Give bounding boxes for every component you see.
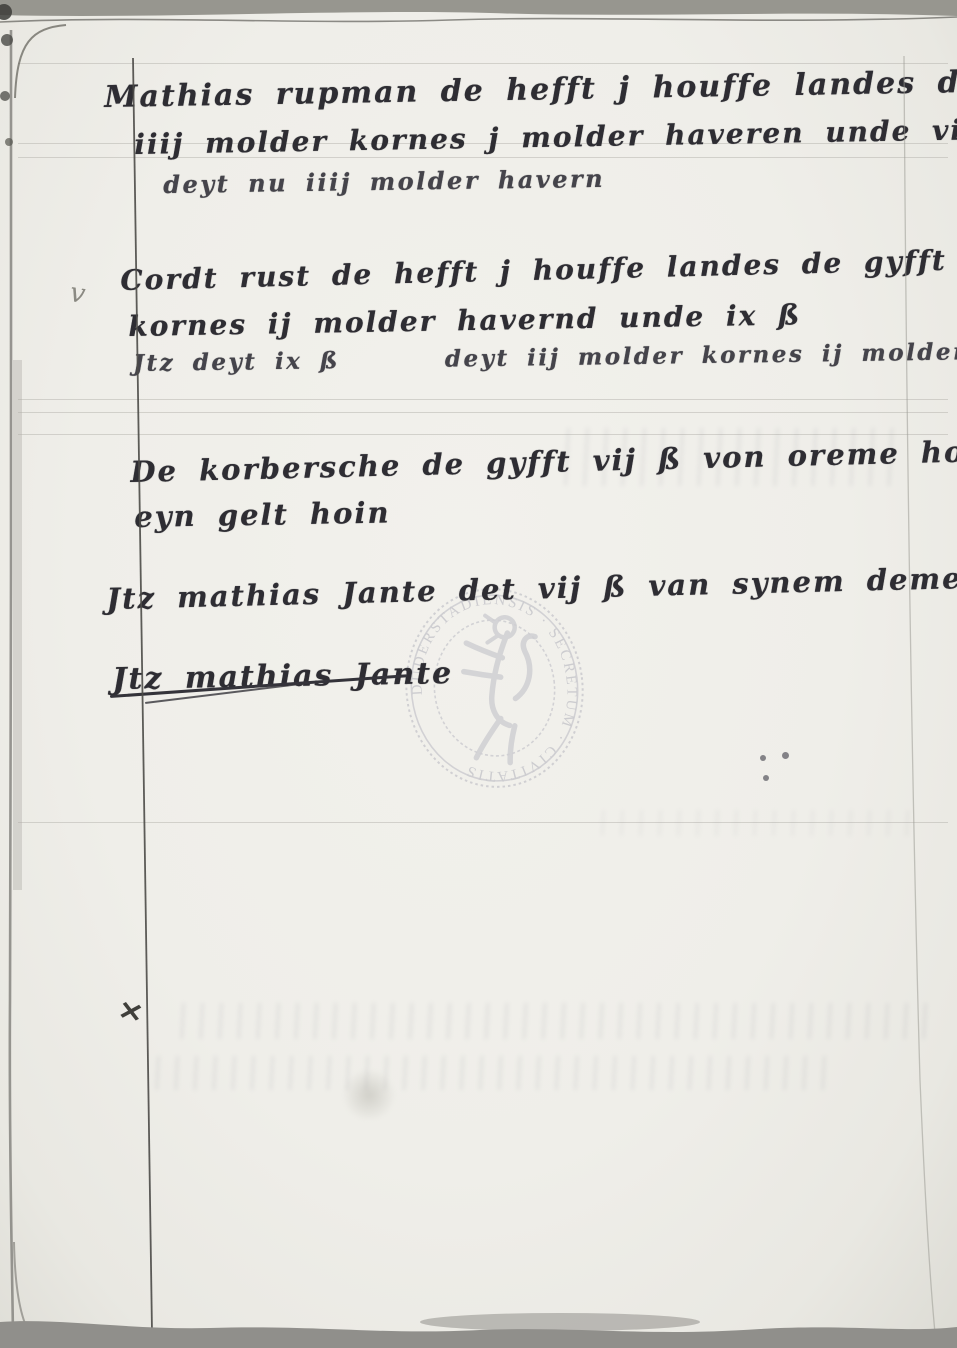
entry-2-line-2: kornes ij molder havernd unde ix ß — [128, 298, 802, 343]
binding-blob — [5, 138, 13, 146]
page-corner-curve — [14, 1242, 32, 1337]
ink-dot — [763, 775, 769, 781]
bottom-shadow — [420, 1313, 700, 1331]
ink-dot — [760, 755, 766, 761]
ink-dot — [782, 752, 789, 759]
binding-blob — [1, 34, 13, 46]
bleedthrough-ghost-text — [595, 810, 915, 836]
entry-2-line-1: Cordt rust de hefft j houffe landes de g… — [120, 239, 957, 297]
page-left-edge — [10, 30, 13, 1336]
scanner-band-top — [0, 0, 957, 16]
bleedthrough-rule — [18, 412, 948, 413]
ink-smudge — [340, 1070, 398, 1120]
entry-2-note: Jtz deyt ix ß deyt iij molder kornes ij … — [133, 337, 957, 377]
binding-blob — [0, 4, 12, 20]
entry-1-line-2: iiij molder kornes j molder haveren unde… — [134, 113, 957, 161]
scanner-band-bottom — [0, 1321, 957, 1348]
entry-1-line-1: Mathias rupman de hefft j houffe landes … — [104, 63, 957, 115]
page-top-edge-line — [0, 17, 957, 22]
binding-blob — [0, 91, 10, 101]
entry-1-note: deyt nu iiij molder havern — [163, 164, 605, 199]
bleedthrough-ghost-text — [150, 1056, 840, 1090]
margin-pen-mark: ✕ — [115, 995, 146, 1029]
page-corner-curve — [15, 25, 66, 98]
bleedthrough-rule — [18, 63, 948, 64]
manuscript-page: DUDERSTADIENSIS · SECRETUM · CIVITATIS M… — [0, 0, 957, 1348]
deckle-edge-band — [13, 360, 22, 890]
entry-3-line-2: eyn gelt hoin — [134, 496, 391, 534]
margin-checkmark: v — [68, 277, 87, 310]
lion-rampant-icon — [457, 610, 550, 767]
bleedthrough-ghost-text — [175, 1003, 935, 1039]
bleedthrough-rule — [18, 399, 948, 400]
